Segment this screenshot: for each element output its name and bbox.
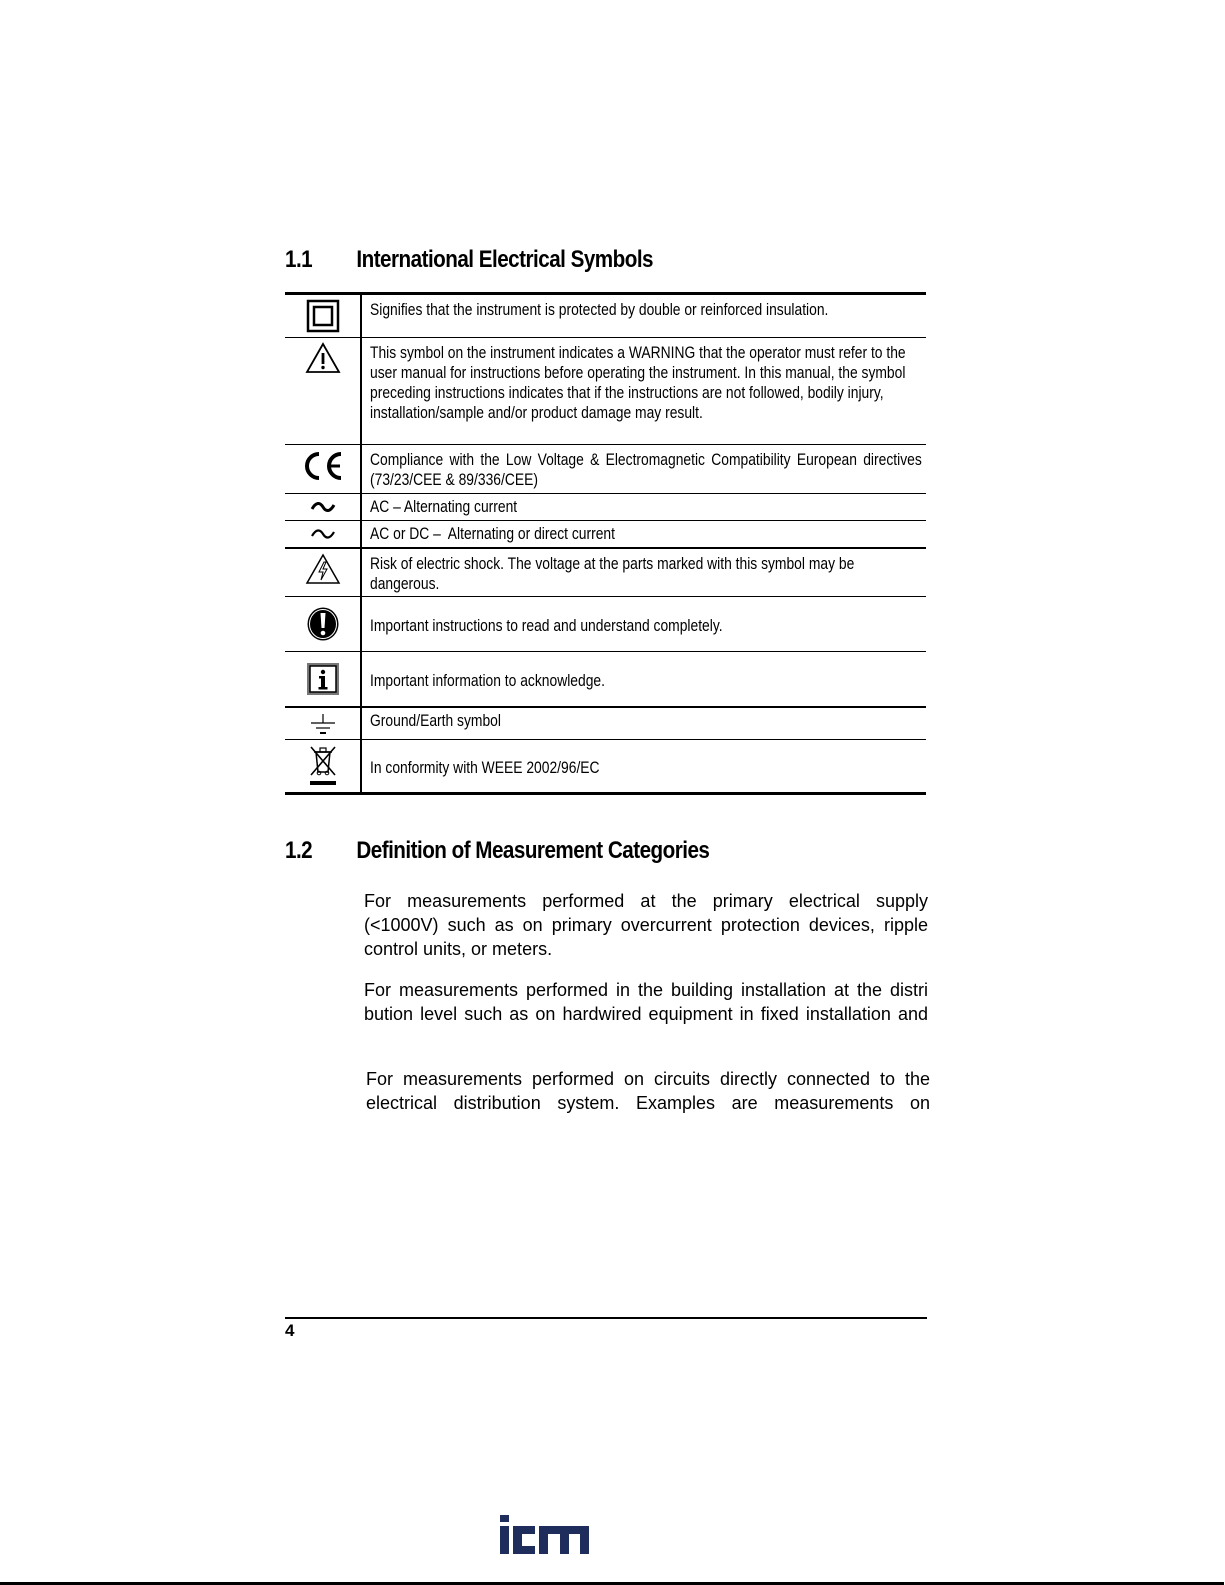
symbol-description: Signifies that the instrument is protect… [362, 295, 926, 337]
information-icon [285, 652, 362, 706]
warning-triangle-icon [285, 338, 362, 444]
weee-bin-icon [285, 740, 362, 792]
category-paragraph: For measurements performed on circuits d… [366, 1067, 930, 1115]
category-paragraph: For measurements performed in the buildi… [364, 978, 928, 1026]
section-number: 1.1 [285, 246, 356, 274]
symbol-description: This symbol on the instrument indicates … [362, 338, 926, 444]
table-row: In conformity with WEEE 2002/96/EC [285, 740, 926, 792]
table-row: Ground/Earth symbol [285, 708, 926, 740]
double-insulation-icon [285, 295, 362, 337]
section-heading-1-1: 1.1International Electrical Symbols [285, 246, 653, 274]
section-heading-1-2: 1.2Definition of Measurement Categories [285, 837, 709, 865]
symbol-description: AC – Alternating current [362, 494, 926, 520]
table-row: Important information to acknowledge. [285, 652, 926, 708]
table-row: Signifies that the instrument is protect… [285, 295, 926, 338]
table-row: Important instructions to read and under… [285, 597, 926, 652]
section-title: International Electrical Symbols [356, 246, 653, 273]
category-paragraph: For measurements performed at the primar… [364, 889, 928, 961]
table-row: AC – Alternating current [285, 494, 926, 521]
symbol-description: In conformity with WEEE 2002/96/EC [362, 740, 926, 792]
symbol-description: AC or DC – Alternating or direct current [362, 521, 926, 547]
symbol-description: Compliance with the Low Voltage & Electr… [362, 445, 926, 493]
itm-logo [499, 1513, 591, 1560]
table-row: Compliance with the Low Voltage & Electr… [285, 445, 926, 494]
section-number: 1.2 [285, 837, 356, 865]
section-title: Definition of Measurement Categories [356, 837, 709, 864]
table-row: This symbol on the instrument indicates … [285, 338, 926, 445]
ce-mark-icon [285, 445, 362, 493]
symbols-table: Signifies that the instrument is protect… [285, 292, 926, 795]
ac-dc-icon [285, 521, 362, 547]
page-number: 4 [285, 1321, 294, 1341]
important-exclamation-icon [285, 597, 362, 651]
ac-icon [285, 494, 362, 520]
table-row: AC or DC – Alternating or direct current [285, 521, 926, 549]
electric-shock-icon [285, 549, 362, 596]
symbol-description: Ground/Earth symbol [362, 708, 926, 739]
symbol-description: Risk of electric shock. The voltage at t… [362, 549, 926, 596]
symbol-description: Important information to acknowledge. [362, 652, 926, 706]
symbol-description: Important instructions to read and under… [362, 597, 926, 651]
ground-icon [285, 708, 362, 739]
table-row: Risk of electric shock. The voltage at t… [285, 549, 926, 597]
footer-rule [285, 1317, 927, 1319]
